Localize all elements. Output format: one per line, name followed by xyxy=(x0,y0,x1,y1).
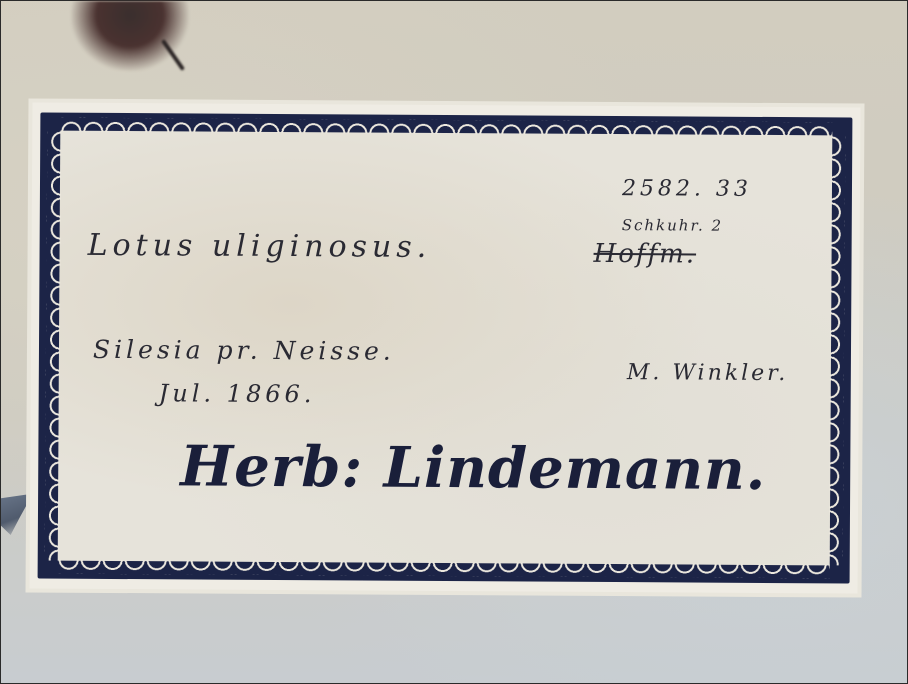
catalog-number: 2582. 33 xyxy=(622,176,752,202)
locality: Silesia pr. Neisse. xyxy=(93,335,395,366)
herbarium-name: Herb: Lindemann. xyxy=(180,433,766,503)
photo-frame: 2582. 33 Schkuhr. 2 Lotus uliginosus. Ho… xyxy=(0,0,908,684)
collector-name: M. Winkler. xyxy=(627,360,789,386)
taxon-name: Lotus uliginosus. xyxy=(88,228,432,265)
herbarium-label: 2582. 33 Schkuhr. 2 Lotus uliginosus. Ho… xyxy=(30,102,861,593)
collection-date: Jul. 1866. xyxy=(159,379,316,408)
author-correction: Schkuhr. 2 xyxy=(622,216,723,235)
dried-plant-specimen xyxy=(71,1,189,71)
plant-fragment xyxy=(1,489,33,535)
struck-author: Hoffm. xyxy=(593,239,696,270)
